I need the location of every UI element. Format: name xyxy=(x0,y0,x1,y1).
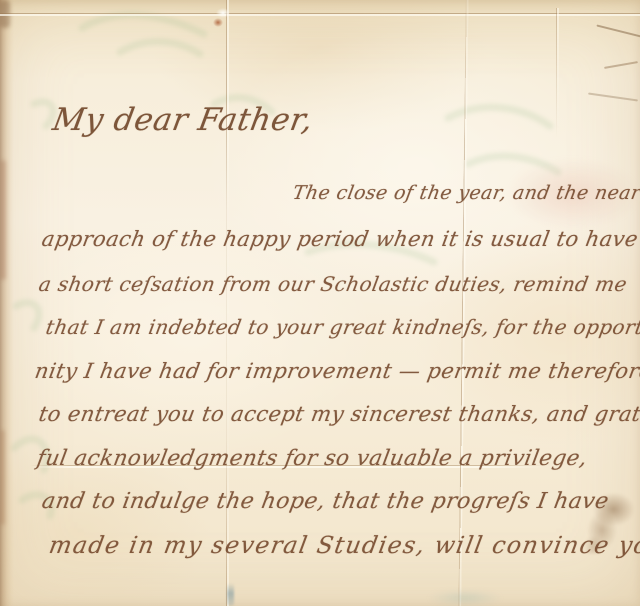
teal-tinge-bottom xyxy=(428,590,502,606)
ghost-mark xyxy=(34,102,53,126)
paper-edge-dark-spot xyxy=(0,0,10,28)
blue-gray-mark xyxy=(227,583,234,606)
letter-line: ful acknowledgments for so valuable a pr… xyxy=(35,446,589,471)
letter-line: The close of the year, and the near xyxy=(291,182,640,204)
ghost-mark xyxy=(120,42,200,54)
letter-salutation: My dear Father, xyxy=(50,102,316,138)
letter-line: that I am indebted to your great kindneſ… xyxy=(44,315,640,339)
letter-line: approach of the happy period when it is … xyxy=(40,227,640,251)
letter-line: and to indulge the hope, that the progre… xyxy=(40,489,611,514)
paper-edge-dark-spot xyxy=(0,160,6,280)
paper-edge-dark-spot xyxy=(0,430,5,525)
crease-intersection-highlight xyxy=(216,8,230,18)
letter-line: a short ceſsation from our Scholastic du… xyxy=(37,272,629,296)
letter-line: made in my several Studies, will convinc… xyxy=(47,531,640,559)
ghost-mark xyxy=(16,303,39,328)
letter-line: to entreat you to accept my sincerest th… xyxy=(37,402,640,426)
ghost-mark xyxy=(448,107,550,126)
ghost-mark xyxy=(82,15,204,34)
scanned-letter-page: My dear Father, The close of the year, a… xyxy=(0,0,640,606)
show-through-ghost-writing xyxy=(0,0,640,606)
letter-line: nity I have had for improvement — permit… xyxy=(33,359,640,383)
red-brown-speck xyxy=(213,18,223,27)
